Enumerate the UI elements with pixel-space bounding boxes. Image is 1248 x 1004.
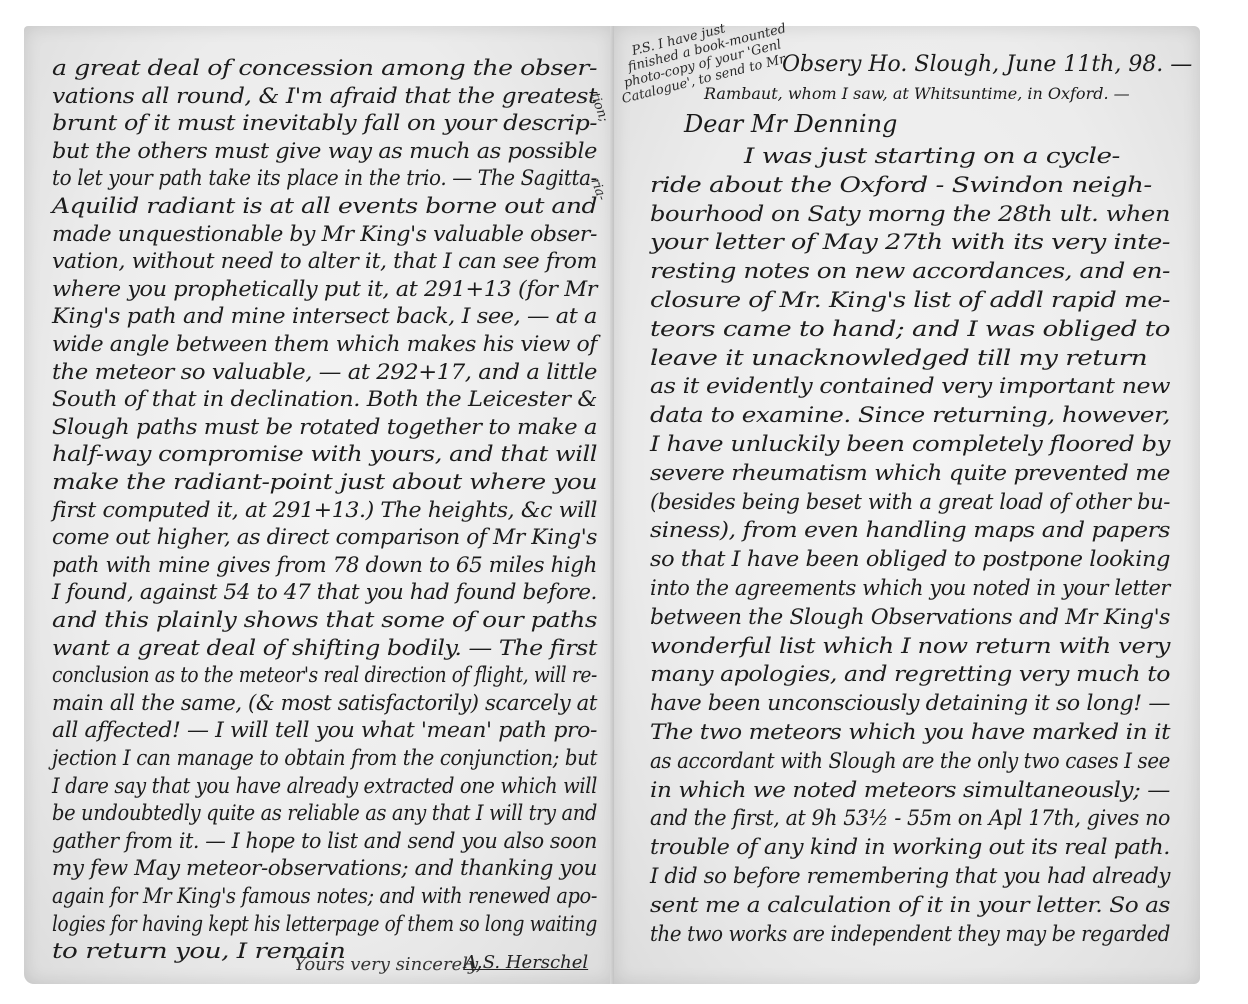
text-line: I was just starting on a cycle-	[744, 144, 1120, 168]
text-line: conclusion as to the meteor's real direc…	[52, 663, 597, 687]
text-line: Slough paths must be rotated together to…	[52, 415, 597, 439]
text-line: South of that in declination. Both the L…	[52, 387, 597, 411]
text-line: bourhood on Saty morng the 28th ult. whe…	[650, 202, 1170, 226]
text-line: ride about the Oxford - Swindon neigh-	[650, 173, 1152, 197]
text-line: jection I can manage to obtain from the …	[52, 746, 597, 770]
right-page: P.S. I have just finished a book-mounted…	[614, 26, 1200, 984]
text-line: vation, without need to alter it, that I…	[52, 249, 597, 273]
text-line: into the agreements which you noted in y…	[650, 576, 1170, 600]
salutation: Dear Mr Denning	[684, 110, 897, 138]
text-line: have been unconsciously detaining it so …	[650, 691, 1170, 715]
text-line: come out higher, as direct comparison of…	[52, 525, 597, 549]
text-line: brunt of it must inevitably fall on your…	[52, 111, 597, 135]
text-line: teors came to hand; and I was obliged to	[650, 317, 1170, 341]
text-line: but the others must give way as much as …	[52, 139, 597, 163]
text-line: I dare say that you have already extract…	[52, 774, 597, 798]
text-line: trouble of any kind in working out its r…	[650, 835, 1170, 859]
address-line-2: Rambaut, whom I saw, at Whitsuntime, in …	[704, 84, 1130, 103]
text-line: as it evidently contained very important…	[650, 374, 1170, 398]
text-line: want a great deal of shifting bodily. — …	[52, 636, 597, 660]
text-line: half-way compromise with yours, and that…	[52, 442, 597, 466]
text-line: (besides being beset with a great load o…	[650, 490, 1170, 514]
text-line: as accordant with Slough are the only tw…	[650, 749, 1170, 773]
text-line: severe rheumatism which quite prevented …	[650, 461, 1170, 485]
text-line: The two meteors which you have marked in…	[650, 720, 1170, 744]
text-line: wide angle between them which makes his …	[52, 332, 597, 356]
text-line: first computed it, at 291+13.) The heigh…	[52, 498, 597, 522]
text-line: between the Slough Observations and Mr K…	[650, 605, 1170, 629]
text-line: main all the same, (& most satisfactoril…	[52, 691, 597, 715]
text-line: and the first, at 9h 53½ - 55m on Apl 17…	[650, 806, 1170, 830]
text-line: data to examine. Since returning, howeve…	[650, 403, 1170, 427]
text-line: I found, against 54 to 47 that you had f…	[52, 580, 597, 604]
text-line: so that I have been obliged to postpone …	[650, 547, 1170, 571]
text-line: the two works are independent they may b…	[650, 922, 1170, 946]
text-line: I have unluckily been completely floored…	[650, 432, 1170, 456]
text-line: leave it unacknowledged till my return	[650, 346, 1147, 370]
text-line: many apologies, and regretting very much…	[650, 662, 1170, 686]
text-line: in which we noted meteors simultaneously…	[650, 778, 1170, 802]
text-line: a great deal of concession among the obs…	[52, 56, 597, 80]
text-line: I did so before remembering that you had…	[650, 864, 1170, 888]
text-line: siness), from even handling maps and pap…	[650, 518, 1170, 542]
text-line: again for Mr King's famous notes; and wi…	[52, 884, 597, 908]
text-line: be undoubtedly quite as reliable as any …	[52, 801, 597, 825]
text-line: your letter of May 27th with its very in…	[650, 230, 1170, 254]
text-line: the meteor so valuable, — at 292+17, and…	[52, 360, 597, 384]
text-line: logies for having kept his letterpage of…	[52, 912, 597, 936]
text-line: where you prophetically put it, at 291+1…	[52, 277, 597, 301]
text-line: wonderful list which I now return with v…	[650, 634, 1170, 658]
text-line: gather from it. — I hope to list and sen…	[52, 829, 597, 853]
text-line: made unquestionable by Mr King's valuabl…	[52, 222, 597, 246]
text-line: path with mine gives from 78 down to 65 …	[52, 553, 597, 577]
left-page: a great deal of concession among the obs…	[24, 26, 614, 984]
text-line: resting notes on new accordances, and en…	[650, 259, 1170, 283]
text-line: make the radiant-point just about where …	[52, 470, 597, 494]
text-line: all affected! — I will tell you what 'me…	[52, 718, 597, 742]
text-line: and this plainly shows that some of our …	[52, 608, 597, 632]
text-line: King's path and mine intersect back, I s…	[52, 304, 597, 328]
closing: Yours very sincerely,	[294, 954, 481, 975]
signature: A.S. Herschel	[464, 952, 588, 973]
text-line: my few May meteor-observations; and than…	[52, 856, 597, 880]
address-date: Obsery Ho. Slough, June 11th, 98. —	[782, 52, 1192, 77]
text-line: vations all round, & I'm afraid that the…	[52, 84, 597, 108]
text-line: closure of Mr. King's list of addl rapid…	[650, 288, 1170, 312]
text-line: Aquilid radiant is at all events borne o…	[52, 194, 597, 218]
letter-spread: a great deal of concession among the obs…	[24, 26, 1200, 984]
text-line: sent me a calculation of it in your lett…	[650, 893, 1170, 917]
text-line: to let your path take its place in the t…	[52, 166, 597, 190]
